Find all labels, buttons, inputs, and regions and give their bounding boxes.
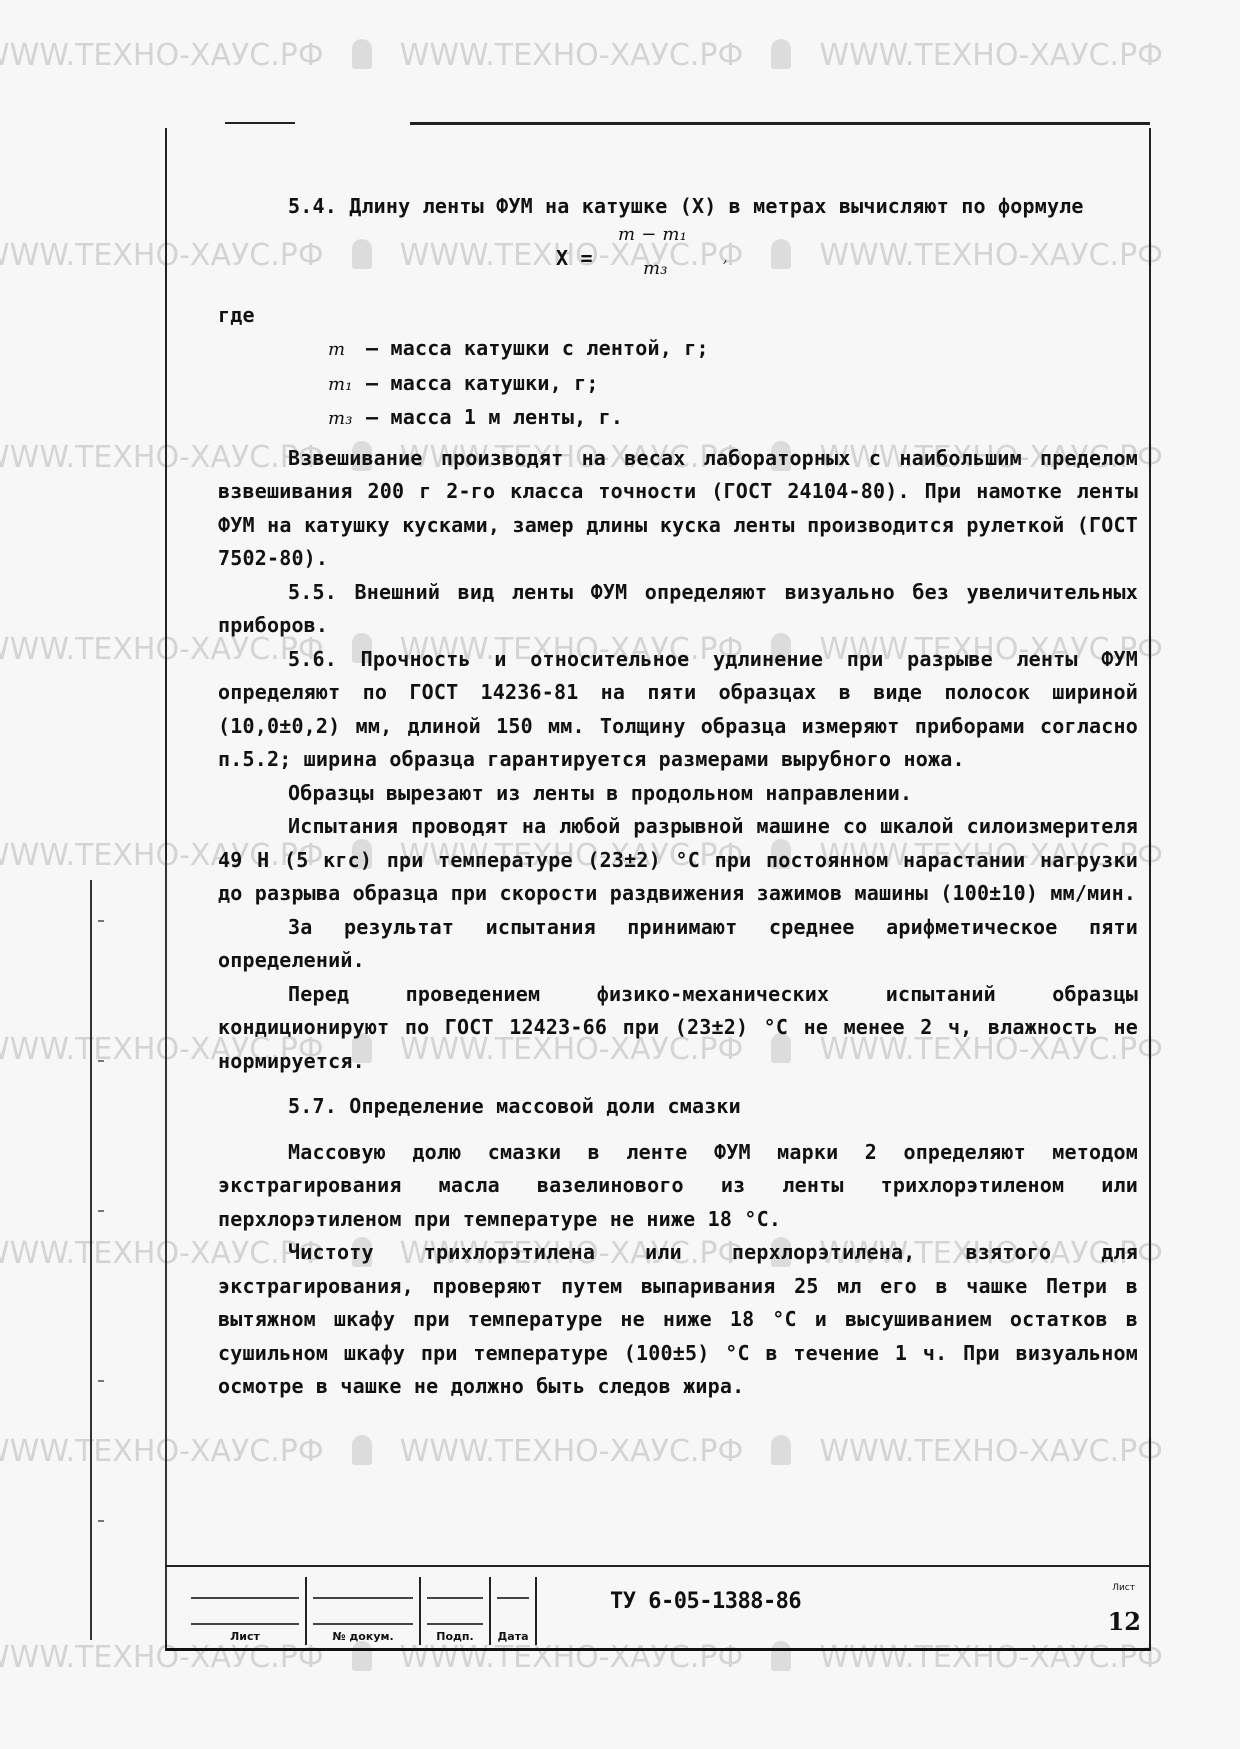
- top-rule-fragment: [225, 122, 295, 124]
- document-body: 5.4. Длину ленты ФУМ на катушке (X) в ме…: [218, 190, 1138, 1404]
- variable-legend: m– масса катушки с лентой, г; m₁– масса …: [218, 332, 1138, 436]
- margin-tick: [98, 1380, 104, 1382]
- length-formula: X = m − m₁ m₃ ,: [218, 224, 1138, 299]
- section-5-6-p3: Испытания проводят на любой разрывной ма…: [218, 810, 1138, 911]
- legend-desc: – масса катушки, г;: [366, 371, 599, 395]
- section-5-7-p2: Чистоту трихлорэтилена или перхлорэтилен…: [218, 1236, 1138, 1404]
- left-margin-strip: [90, 880, 170, 1660]
- legend-symbol: m: [328, 333, 366, 367]
- column-label: Лист: [185, 1630, 305, 1643]
- column-label: № докум.: [307, 1630, 419, 1643]
- legend-desc: – масса катушки с лентой, г;: [366, 336, 709, 360]
- formula-denominator: m₃: [643, 252, 668, 286]
- section-5-6-p5: Перед проведением физико-механических ис…: [218, 978, 1138, 1079]
- legend-desc: – масса 1 м ленты, г.: [366, 405, 623, 429]
- watermark-text: WWW.ТЕХНО-ХАУС.РФ: [400, 38, 744, 73]
- weighing-paragraph: Взвешивание производят на весах лаборато…: [218, 442, 1138, 576]
- legend-symbol: m₁: [328, 368, 366, 402]
- sheet-label: Лист: [1112, 1583, 1135, 1593]
- top-rule: [410, 122, 1150, 125]
- page-number: 12: [1108, 1607, 1141, 1636]
- title-block-col-docnum: № докум.: [307, 1577, 421, 1645]
- title-block-col-signature: Подп.: [421, 1577, 491, 1645]
- section-5-7-heading: 5.7. Определение массовой доли смазки: [218, 1090, 1138, 1124]
- watermark-logo-icon: [352, 39, 372, 69]
- section-5-6-p1: 5.6. Прочность и относительное удлинение…: [218, 643, 1138, 777]
- column-label: Дата: [491, 1630, 535, 1643]
- formula-lhs: X =: [556, 242, 593, 276]
- margin-tick: [98, 1060, 104, 1062]
- column-label: Подп.: [421, 1630, 489, 1643]
- margin-line: [165, 860, 167, 1640]
- margin-tick: [98, 920, 104, 922]
- formula-tail: ,: [723, 242, 728, 276]
- title-block: Лист № докум. Подп. Дата ТУ 6-05-1388-86…: [165, 1565, 1149, 1652]
- section-5-6-p4: За результат испытания принимают среднее…: [218, 911, 1138, 978]
- margin-tick: [98, 1520, 104, 1522]
- legend-item: m₁– масса катушки, г;: [218, 367, 1138, 402]
- document-code: ТУ 6-05-1388-86: [610, 1589, 801, 1614]
- title-block-col-date: Дата: [491, 1577, 537, 1645]
- legend-item: m– масса катушки с лентой, г;: [218, 332, 1138, 367]
- watermark-text: WWW.ТЕХНО-ХАУС.РФ: [819, 38, 1163, 73]
- watermark-row: WWW.ТЕХНО-ХАУС.РФWWW.ТЕХНО-ХАУС.РФWWW.ТЕ…: [0, 38, 1240, 73]
- margin-line: [90, 880, 92, 1640]
- legend-symbol: m₃: [328, 402, 366, 436]
- section-5-6-p2: Образцы вырезают из ленты в продольном н…: [218, 777, 1138, 811]
- margin-tick: [98, 1210, 104, 1212]
- section-5-7-p1: Массовую долю смазки в ленте ФУМ марки 2…: [218, 1136, 1138, 1237]
- title-block-col-sheet: Лист: [185, 1577, 307, 1645]
- watermark-text: WWW.ТЕХНО-ХАУС.РФ: [0, 38, 324, 73]
- formula-numerator: m − m₁: [618, 218, 687, 252]
- watermark-logo-icon: [771, 39, 791, 69]
- section-5-5: 5.5. Внешний вид ленты ФУМ определяют ви…: [218, 576, 1138, 643]
- where-label: где: [218, 299, 1138, 333]
- legend-item: m₃– масса 1 м ленты, г.: [218, 401, 1138, 436]
